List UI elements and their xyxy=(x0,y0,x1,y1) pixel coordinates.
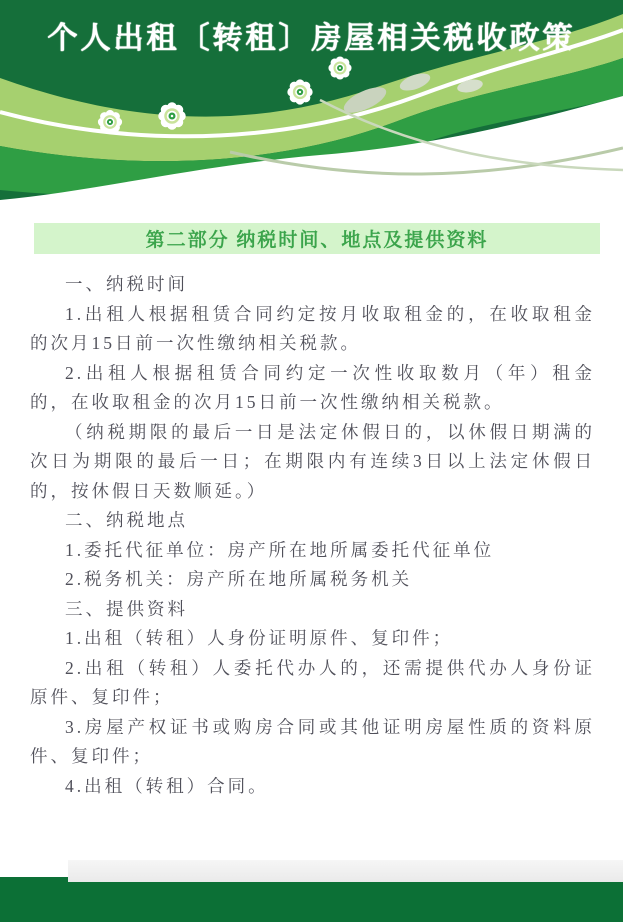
body-paragraph: 4.出租（转租）合同。 xyxy=(30,772,595,802)
body-paragraph: 2.出租人根据租赁合同约定一次性收取数月（年）租金的，在收取租金的次月15日前一… xyxy=(30,359,595,418)
poster-page: 个人出租〔转租〕房屋相关税收政策 第二部分 纳税时间、地点及提供资料 一、纳税时… xyxy=(0,0,623,922)
body-paragraph: （纳税期限的最后一日是法定休假日的，以休假日期满的次日为期限的最后一日；在期限内… xyxy=(30,418,595,507)
section-title-bar: 第二部分 纳税时间、地点及提供资料 xyxy=(34,223,600,254)
page-title: 个人出租〔转租〕房屋相关税收政策 xyxy=(0,13,623,57)
flower-icon xyxy=(287,79,312,104)
footer-gray-strip xyxy=(68,860,623,882)
body-paragraph: 1.委托代征单位：房产所在地所属委托代征单位 xyxy=(30,536,595,566)
body-paragraph: 二、纳税地点 xyxy=(30,506,595,536)
body-paragraph: 2.税务机关：房产所在地所属税务机关 xyxy=(30,565,595,595)
body-text: 一、纳税时间1.出租人根据租赁合同约定按月收取租金的，在收取租金的次月15日前一… xyxy=(30,270,595,801)
body-paragraph: 1.出租（转租）人身份证明原件、复印件； xyxy=(30,624,595,654)
flower-icon xyxy=(98,110,122,134)
header-banner: 个人出租〔转租〕房屋相关税收政策 xyxy=(0,0,623,215)
body-paragraph: 2.出租（转租）人委托代办人的，还需提供代办人身份证原件、复印件； xyxy=(30,654,595,713)
body-paragraph: 3.房屋产权证书或购房合同或其他证明房屋性质的资料原件、复印件； xyxy=(30,713,595,772)
flower-icon xyxy=(328,56,351,79)
body-paragraph: 一、纳税时间 xyxy=(30,270,595,300)
body-paragraph: 1.出租人根据租赁合同约定按月收取租金的，在收取租金的次月15日前一次性缴纳相关… xyxy=(30,300,595,359)
body-paragraph: 三、提供资料 xyxy=(30,595,595,625)
section-title: 第二部分 纳税时间、地点及提供资料 xyxy=(146,225,489,252)
footer-bar xyxy=(0,882,623,922)
flower-icon xyxy=(158,102,186,130)
